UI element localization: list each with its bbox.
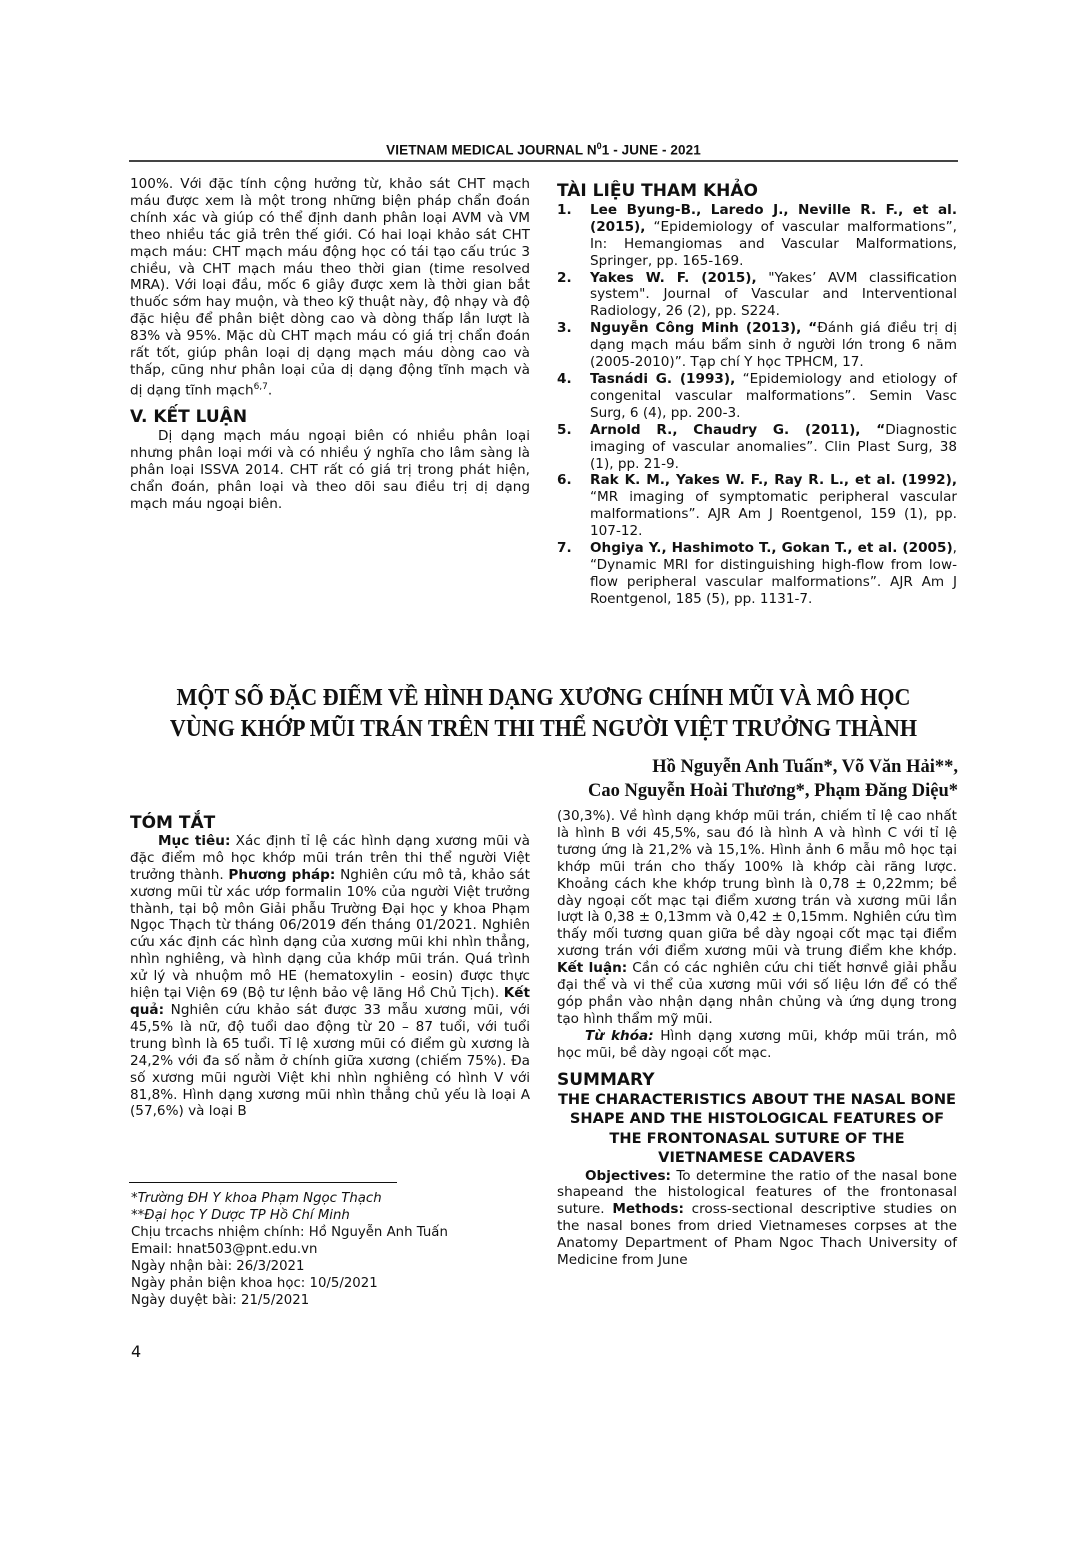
footnote-rule: [129, 1182, 397, 1183]
discussion-end: .: [268, 382, 272, 398]
conclusion-heading: V. KẾT LUẬN: [130, 409, 530, 426]
reference-item: 6.Rak K. M., Yakes W. F., Ray R. L., et …: [557, 472, 957, 540]
email: Email: hnat503@pnt.edu.vn: [131, 1241, 448, 1258]
left-column-top: 100%. Với đặc tính cộng hưởng từ, khảo s…: [130, 176, 530, 513]
authors-line-2: Cao Nguyễn Hoài Thương*, Phạm Đăng Diệu*: [588, 779, 958, 803]
abstract-heading: TÓM TẮT: [130, 815, 530, 832]
abstract-continuation: (30,3%). Về hình dạng khớp mũi trán, chi…: [557, 808, 957, 1028]
discussion-text: 100%. Với đặc tính cộng hưởng từ, khảo s…: [130, 176, 530, 398]
received-date: Ngày nhận bài: 26/3/2021: [131, 1258, 448, 1275]
reference-list: 1.Lee Byung-B., Laredo J., Neville R. F.…: [557, 202, 957, 608]
abstract-vi-right: (30,3%). Về hình dạng khớp mũi trán, chi…: [557, 808, 957, 1269]
affiliation-2: **Đại học Y Dược TP Hồ Chí Minh: [131, 1207, 448, 1224]
footnotes: *Trường ĐH Y khoa Phạm Ngọc Thạch **Đại …: [131, 1190, 448, 1309]
reference-item: 1.Lee Byung-B., Laredo J., Neville R. F.…: [557, 202, 957, 270]
reference-item: 4.Tasnádi G. (1993), “Epidemiology and e…: [557, 371, 957, 422]
abstract-vi-left: TÓM TẮT Mục tiêu: Xác định tỉ lệ các hìn…: [130, 815, 530, 1120]
reference-item: 7.Ohgiya Y., Hashimoto T., Gokan T., et …: [557, 540, 957, 608]
reference-item: 3.Nguyễn Công Minh (2013), “Đánh giá điề…: [557, 320, 957, 371]
title-line-1: MỘT SỐ ĐẶC ĐIỂM VỀ HÌNH DẠNG XƯƠNG CHÍNH…: [162, 683, 925, 714]
discussion-paragraph: 100%. Với đặc tính cộng hưởng từ, khảo s…: [130, 176, 530, 399]
journal-name: VIETNAM MEDICAL JOURNAL N: [386, 143, 597, 158]
references-section: TÀI LIỆU THAM KHẢO 1.Lee Byung-B., Lared…: [557, 183, 957, 608]
summary-heading: SUMMARY: [557, 1072, 957, 1089]
header-rule: [129, 160, 958, 162]
affiliation-1: *Trường ĐH Y khoa Phạm Ngọc Thạch: [131, 1190, 448, 1207]
review-date: Ngày phản biện khoa học: 10/5/2021: [131, 1275, 448, 1292]
article-title: MỘT SỐ ĐẶC ĐIỂM VỀ HÌNH DẠNG XƯƠNG CHÍNH…: [162, 683, 925, 745]
page-number: 4: [131, 1342, 141, 1361]
abstract-paragraph: Mục tiêu: Xác định tỉ lệ các hình dạng x…: [130, 833, 530, 1120]
authors-line-1: Hồ Nguyễn Anh Tuấn*, Võ Văn Hải**,: [588, 755, 958, 779]
references-heading: TÀI LIỆU THAM KHẢO: [557, 183, 957, 200]
issue-date: 1 - JUNE - 2021: [602, 143, 701, 158]
summary-title: THE CHARACTERISTICS ABOUT THE NASAL BONE…: [557, 1090, 957, 1168]
title-line-2: VÙNG KHỚP MŨI TRÁN TRÊN THI THỂ NGƯỜI VI…: [162, 714, 925, 745]
summary-paragraph: Objectives: To determine the ratio of th…: [557, 1168, 957, 1269]
reference-item: 5.Arnold R., Chaudry G. (2011), “Diagnos…: [557, 422, 957, 473]
citation-superscript: 6,7: [254, 382, 268, 392]
reference-item: 2.Yakes W. F. (2015), "Yakes’ AVM classi…: [557, 270, 957, 321]
conclusion-paragraph: Dị dạng mạch máu ngoại biên có nhiều phâ…: [130, 428, 530, 513]
author-list: Hồ Nguyễn Anh Tuấn*, Võ Văn Hải**, Cao N…: [588, 755, 958, 803]
corresponding-author: Chịu trcachs nhiệm chính: Hồ Nguyễn Anh …: [131, 1224, 448, 1241]
running-header: VIETNAM MEDICAL JOURNAL N01 - JUNE - 202…: [129, 141, 958, 158]
keywords-paragraph: Từ khóa: Hình dạng xương mũi, khớp mũi t…: [557, 1028, 957, 1062]
accepted-date: Ngày duyệt bài: 21/5/2021: [131, 1292, 448, 1309]
